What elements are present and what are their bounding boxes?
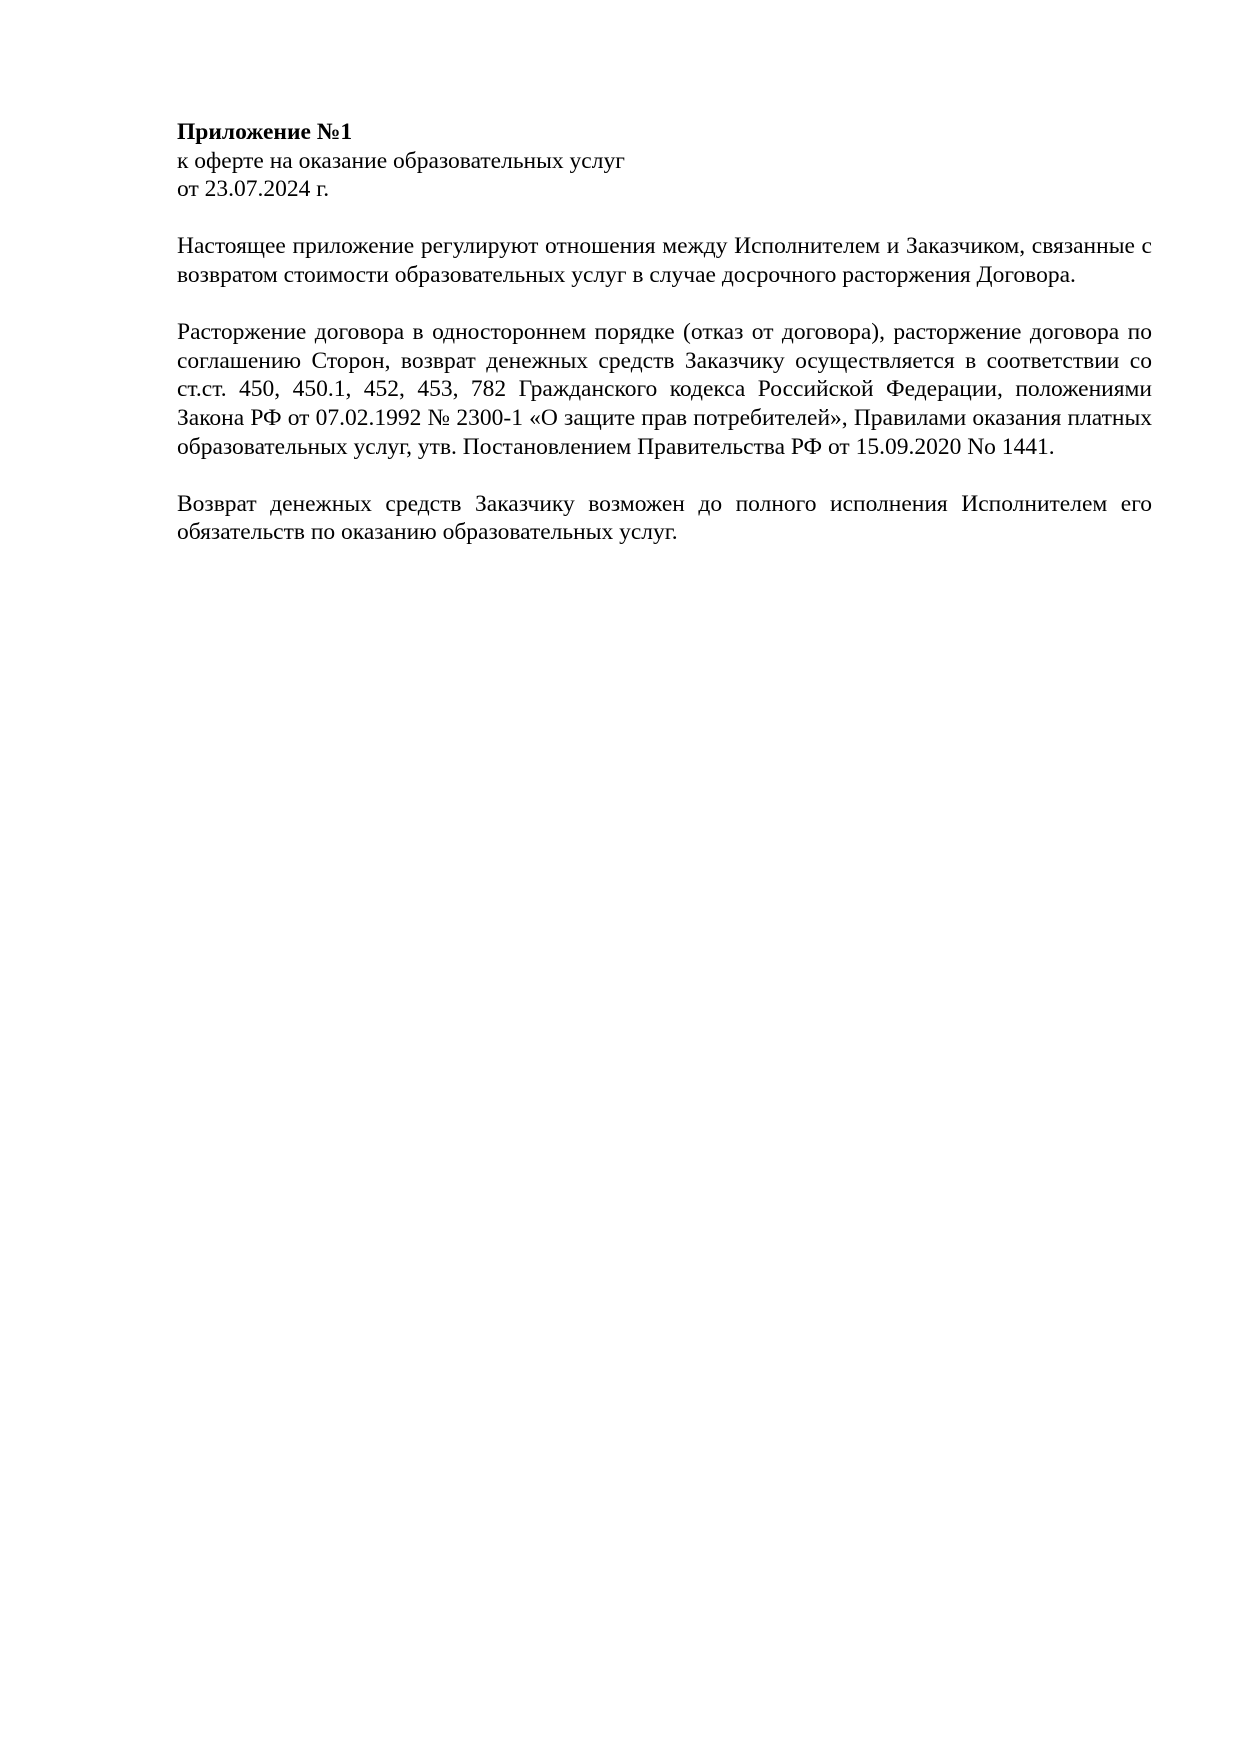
document-header: Приложение №1 к оферте на оказание образ… (177, 118, 1152, 204)
paragraph-legal-basis: Расторжение договора в одностороннем пор… (177, 318, 1152, 461)
document-title: Приложение №1 (177, 118, 1152, 147)
paragraph-refund-condition: Возврат денежных средств Заказчику возмо… (177, 490, 1152, 547)
document-page: Приложение №1 к оферте на оказание образ… (0, 0, 1241, 1755)
document-subtitle: к оферте на оказание образовательных усл… (177, 147, 1152, 176)
document-content: Приложение №1 к оферте на оказание образ… (177, 118, 1152, 547)
paragraph-scope: Настоящее приложение регулируют отношени… (177, 232, 1152, 289)
document-date: от 23.07.2024 г. (177, 175, 1152, 204)
